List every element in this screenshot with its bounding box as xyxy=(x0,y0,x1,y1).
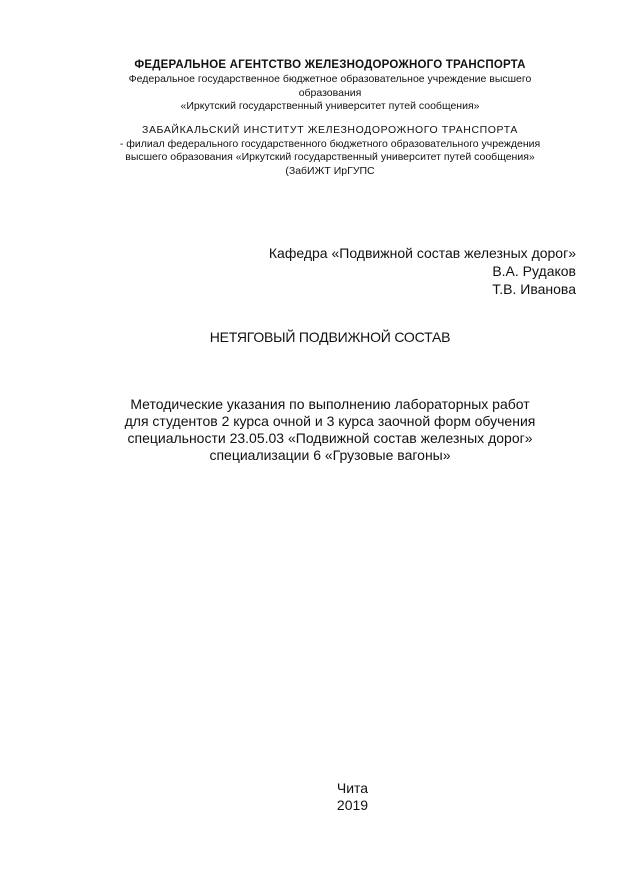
title-page: ФЕДЕРАЛЬНОЕ АГЕНТСТВО ЖЕЛЕЗНОДОРОЖНОГО Т… xyxy=(0,0,620,877)
institute-line: высшего образования «Иркутский государст… xyxy=(90,151,570,165)
institute-title: ЗАБАЙКАЛЬСКИЙ ИНСТИТУТ ЖЕЛЕЗНОДОРОЖНОГО … xyxy=(90,124,570,138)
description-line: специализации 6 «Грузовые вагоны» xyxy=(90,447,570,464)
description-line: Методические указания по выполнению лабо… xyxy=(90,396,570,413)
author: В.А. Рудаков xyxy=(269,262,576,280)
footer-block: Чита 2019 xyxy=(0,780,620,814)
description-line: для студентов 2 курса очной и 3 курса за… xyxy=(90,413,570,430)
document-title: НЕТЯГОВЫЙ ПОДВИЖНОЙ СОСТАВ xyxy=(0,328,620,346)
header-block: ФЕДЕРАЛЬНОЕ АГЕНТСТВО ЖЕЛЕЗНОДОРОЖНОГО Т… xyxy=(90,58,570,114)
institution-line: Федеральное государственное бюджетное об… xyxy=(90,73,570,87)
institute-line: (ЗабИЖТ ИрГУПС xyxy=(90,165,570,179)
description-block: Методические указания по выполнению лабо… xyxy=(90,396,570,464)
institute-line: - филиал федерального государственного б… xyxy=(90,138,570,152)
description-line: специальности 23.05.03 «Подвижной состав… xyxy=(90,430,570,447)
institution-line: образования xyxy=(90,87,570,101)
institution-line: «Иркутский государственный университет п… xyxy=(90,100,570,114)
author: Т.В. Иванова xyxy=(269,280,576,298)
agency-name: ФЕДЕРАЛЬНОЕ АГЕНТСТВО ЖЕЛЕЗНОДОРОЖНОГО Т… xyxy=(90,58,570,73)
year: 2019 xyxy=(0,797,620,814)
department-name: Кафедра «Подвижной состав железных дорог… xyxy=(269,244,576,262)
institute-block: ЗАБАЙКАЛЬСКИЙ ИНСТИТУТ ЖЕЛЕЗНОДОРОЖНОГО … xyxy=(90,124,570,178)
city: Чита xyxy=(0,780,620,797)
department-block: Кафедра «Подвижной состав железных дорог… xyxy=(269,244,576,298)
